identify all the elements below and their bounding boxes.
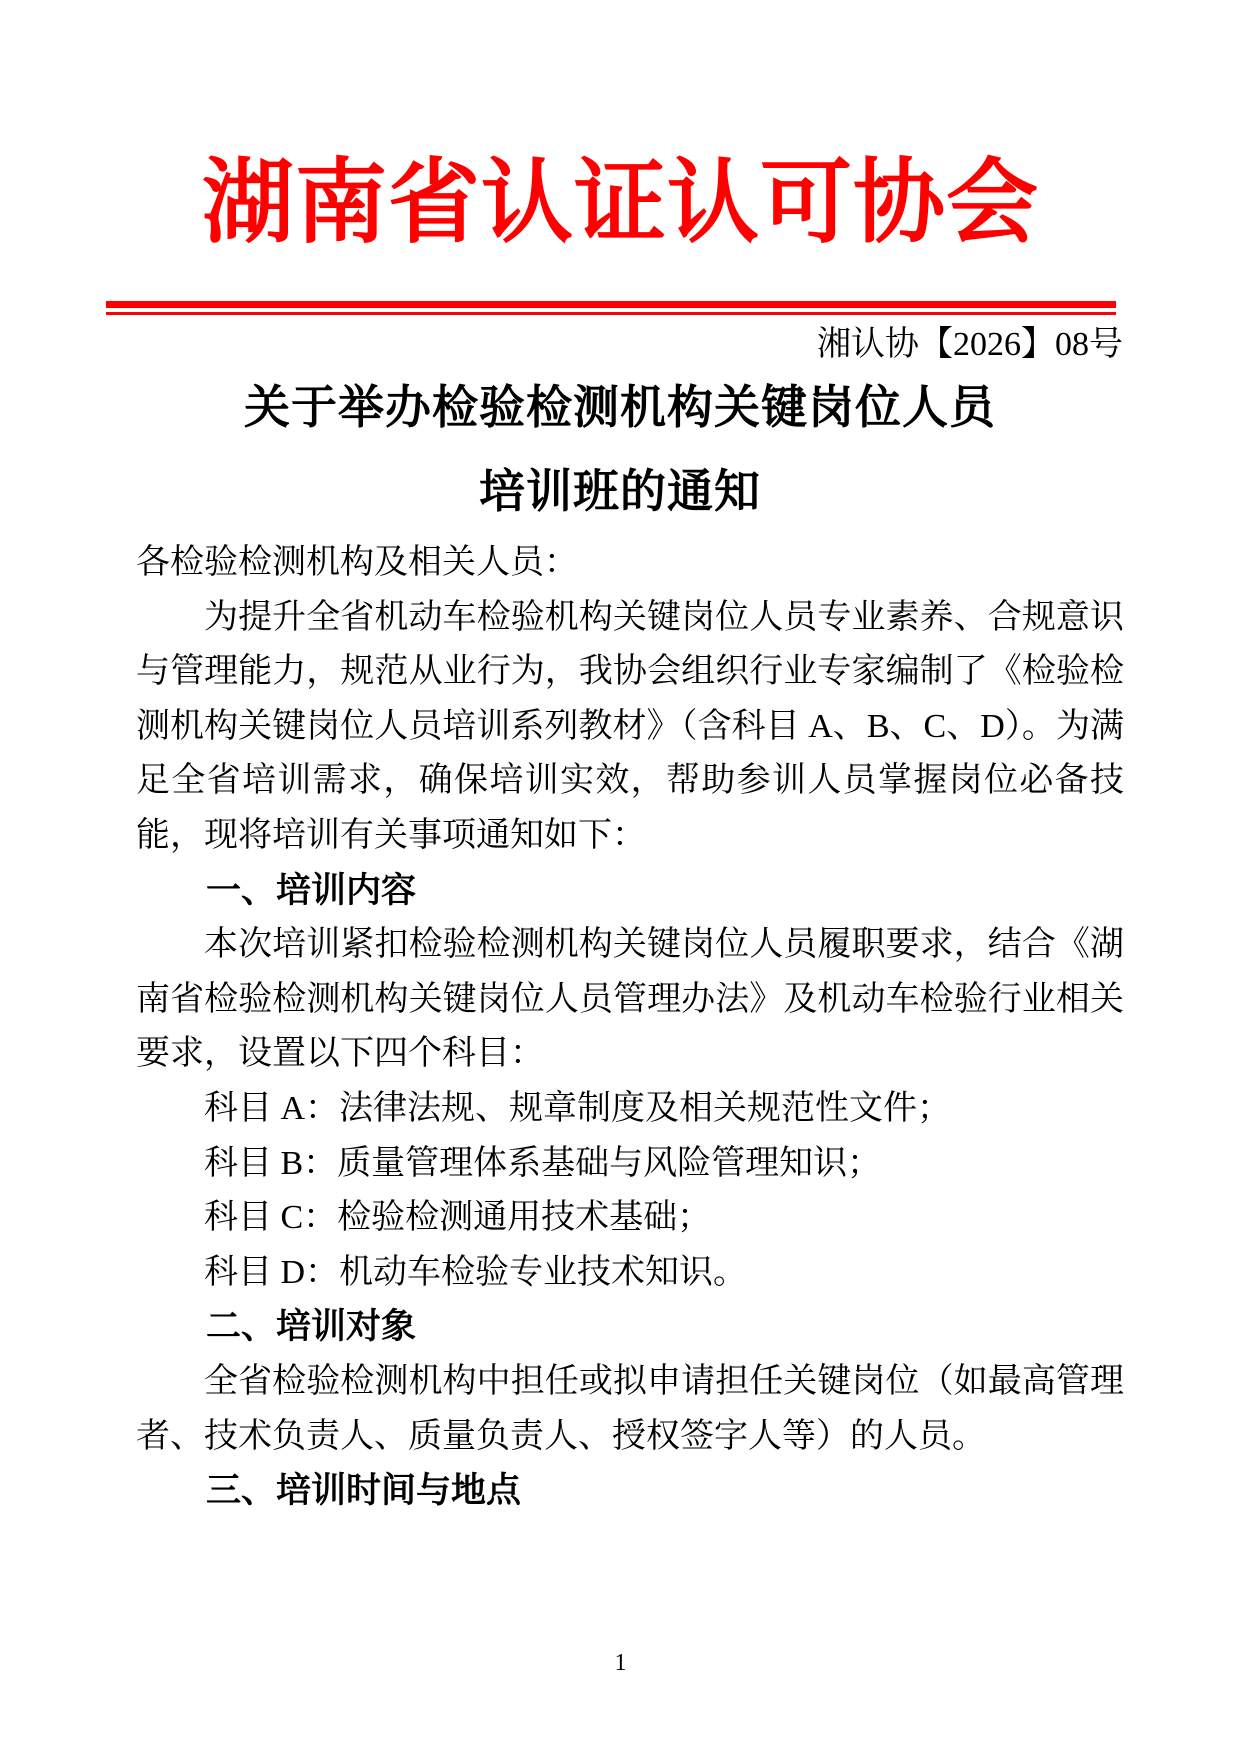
doc-title-line2: 培训班的通知: [126, 450, 1114, 534]
page-footer: 1: [0, 1648, 1241, 1678]
page-number: 1: [615, 1650, 627, 1676]
letterhead-rule-thick-line: [106, 301, 1116, 308]
list-item-subject-b: 科目 B：质量管理体系基础与风险管理知识；: [136, 1137, 1124, 1192]
letterhead-rule-thin-line: [106, 312, 1116, 315]
list-item-subject-d: 科目 D：机动车检验专业技术知识。: [136, 1246, 1124, 1301]
paragraph-training-content: 本次培训紧扣检验检测机构关键岗位人员履职要求，结合《湖南省检验检测机构关键岗位人…: [136, 918, 1124, 1082]
salutation: 各检验检测机构及相关人员：: [136, 536, 1124, 591]
letterhead-org-name: 湖南省认证认可协会: [0, 146, 1241, 260]
section-heading-training-audience: 二、培训对象: [136, 1300, 1124, 1355]
doc-number: 湘认协【2026】08号: [817, 322, 1123, 368]
document-page: 湖南省认证认可协会 湘认协【2026】08号 关于举办检验检测机构关键岗位人员 …: [0, 0, 1241, 1755]
list-item-subject-c: 科目 C：检验检测通用技术基础；: [136, 1191, 1124, 1246]
list-item-subject-a: 科目 A：法律法规、规章制度及相关规范性文件；: [136, 1082, 1124, 1137]
doc-title: 关于举办检验检测机构关键岗位人员 培训班的通知: [126, 366, 1114, 534]
letterhead-rule: [106, 301, 1116, 315]
paragraph-intro: 为提升全省机动车检验机构关键岗位人员专业素养、合规意识与管理能力，规范从业行为，…: [136, 591, 1124, 864]
doc-title-line1: 关于举办检验检测机构关键岗位人员: [126, 366, 1114, 450]
paragraph-training-audience: 全省检验检测机构中担任或拟申请担任关键岗位（如最高管理者、技术负责人、质量负责人…: [136, 1355, 1124, 1464]
section-heading-training-content: 一、培训内容: [136, 864, 1124, 919]
doc-body: 各检验检测机构及相关人员： 为提升全省机动车检验机构关键岗位人员专业素养、合规意…: [136, 536, 1124, 1519]
section-heading-training-time-place: 三、培训时间与地点: [136, 1464, 1124, 1519]
